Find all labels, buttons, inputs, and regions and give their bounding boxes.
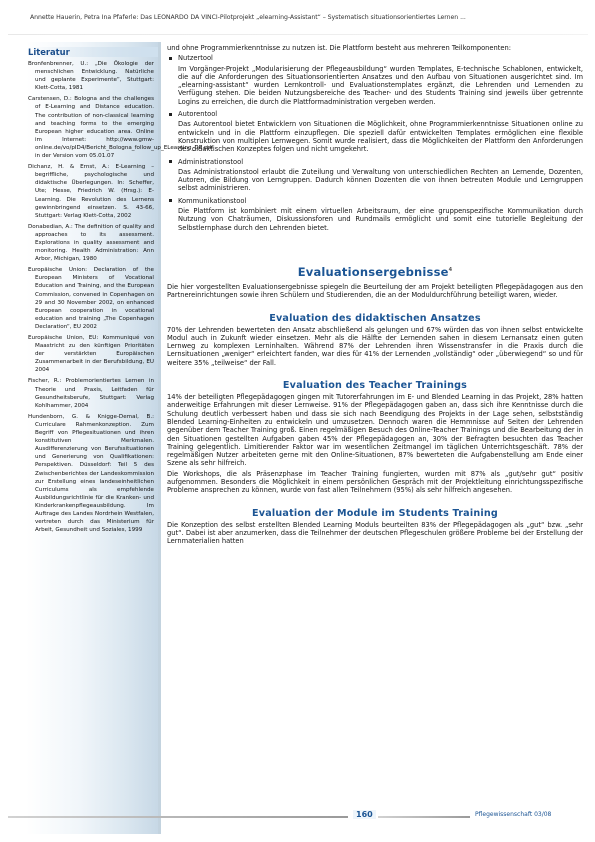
reference-item: Donabedian, A.: The definition of qualit… (28, 223, 154, 263)
reference-item: Europäische Union, EU: Kommuniqué von Ma… (28, 334, 154, 374)
running-head: Annette Hauerin, Petra Ina Pfaferle: Das… (30, 14, 585, 21)
reference-item: Dichanz, H. & Ernst, A.: E-Learning – be… (28, 163, 154, 220)
journal-name: Pflegewissenschaft 03/08 (475, 811, 551, 818)
component-title: Kommunikationstool (178, 197, 246, 205)
sidebar-title: Literatur (28, 47, 158, 57)
subsection-paragraph: Die Konzeption des selbst erstellten Ble… (167, 521, 583, 546)
component-title: Administrationstool (178, 158, 243, 166)
component-body: Das Autorentool bietet Entwicklern von S… (178, 120, 583, 153)
subsection-title: Evaluation der Module im Students Traini… (167, 508, 583, 519)
subsection-title: Evaluation des Teacher Trainings (167, 380, 583, 391)
component-body: Im Vorgänger-Projekt „Modularisierung de… (178, 65, 583, 106)
section-intro: Die hier vorgestellten Evaluationsergebn… (167, 283, 583, 300)
bullet-icon (169, 199, 172, 202)
component-kommunikationstool: Kommunikationstool Die Plattform ist kom… (167, 197, 583, 232)
subsection-paragraph: 14% der beteiligten Pflegepädagogen ging… (167, 393, 583, 468)
header-divider (8, 34, 588, 35)
page-number: 160 (353, 810, 376, 819)
bullet-icon (169, 113, 172, 116)
component-title: Autorentool (178, 110, 217, 118)
footer-rule-right (378, 816, 470, 818)
component-autorentool: Autorentool Das Autorentool bietet Entwi… (167, 110, 583, 153)
reference-item: Europäische Union: Declaration of the Eu… (28, 266, 154, 331)
component-nutzertool: Nutzertool Im Vorgänger-Projekt „Modular… (167, 54, 583, 106)
bullet-icon (169, 160, 172, 163)
component-body: Die Plattform ist kombiniert mit einem v… (178, 207, 583, 232)
component-title: Nutzertool (178, 54, 213, 62)
section-title: Evaluationsergebnisse4 (167, 265, 583, 279)
bullet-icon (169, 57, 172, 60)
reference-item: Hundenborn, G. & Knigge-Demal, B.: Curri… (28, 413, 154, 534)
subsection-paragraph: Die Workshops, die als Präsenzphase im T… (167, 470, 583, 495)
component-administrationstool: Administrationstool Das Administrationst… (167, 158, 583, 193)
reference-item: Fischer, R.: Problemorientiertes Lernen … (28, 377, 154, 409)
footnote-marker: 4 (449, 267, 453, 273)
subsection-paragraph: 70% der Lehrenden bewerteten den Ansatz … (167, 326, 583, 367)
subsection-title: Evaluation des didaktischen Ansatzes (167, 313, 583, 324)
intro-paragraph: und ohne Programmierkenntnisse zu nutzen… (167, 44, 583, 52)
reference-item: Bronfenbrenner, U.: „Die Ökologie der me… (28, 60, 154, 92)
component-body: Das Administrationstool erlaubt die Zute… (178, 168, 583, 193)
literature-sidebar: Literatur Bronfenbrenner, U.: „Die Ökolo… (26, 42, 161, 834)
footer-rule-left (8, 816, 348, 818)
reference-item: Carstensen, D.: Bologna and the challeng… (28, 95, 154, 160)
main-column: und ohne Programmierkenntnisse zu nutzen… (167, 44, 583, 547)
